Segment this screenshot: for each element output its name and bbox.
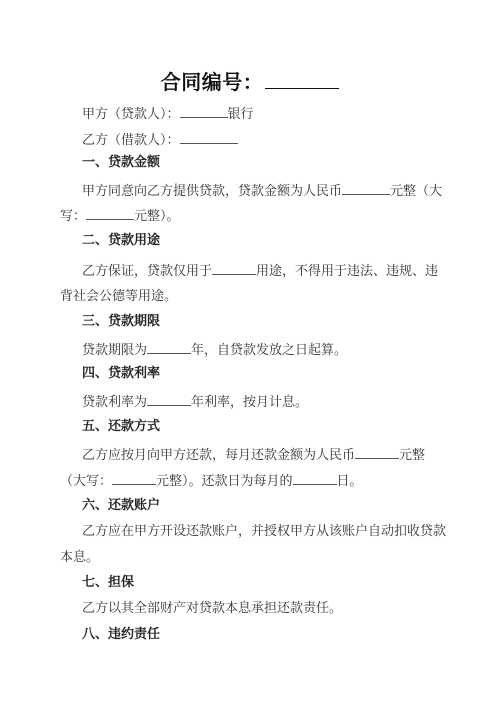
lender-suffix: 银行: [228, 107, 254, 122]
rate-blank: [147, 392, 191, 406]
section-1-text: 元整（大: [390, 184, 442, 199]
contract-number-blank: [265, 70, 339, 89]
amount-blank: [342, 181, 390, 195]
lender-label: 甲方（贷款人）：: [82, 107, 180, 122]
borrower-blank: [180, 130, 238, 144]
amount-uppercase-blank: [86, 206, 134, 220]
section-6-line-1: 乙方应在甲方开设还款账户，并授权甲方从该账户自动扣收贷款: [82, 523, 424, 541]
section-2-text: 乙方保证，贷款仅用于: [82, 264, 212, 279]
section-3-line-1: 贷款期限为年，自贷款发放之日起算。: [82, 340, 347, 360]
section-7-line-1: 乙方以其全部财产对贷款本息承担还款责任。: [82, 600, 342, 618]
section-heading-8: 八、违约责任: [82, 626, 160, 644]
section-5-line-2: （大写：元整）。还款日为每月的日。: [60, 471, 363, 491]
purpose-blank: [212, 261, 256, 275]
section-2-line-1: 乙方保证，贷款仅用于用途，不得用于违法、违规、违: [82, 261, 424, 281]
lender-line: 甲方（贷款人）：银行: [82, 104, 254, 124]
section-3-text: 贷款期限为: [82, 343, 147, 358]
term-blank: [147, 340, 191, 354]
contract-number-label: 合同编号：: [161, 70, 264, 94]
section-heading-5: 五、还款方式: [82, 418, 160, 436]
section-4-text: 年利率，按月计息。: [191, 395, 308, 410]
section-2-line-2: 背社会公德等用途。: [60, 288, 177, 306]
section-1-text: 甲方同意向乙方提供贷款，贷款金额为人民币: [82, 184, 342, 199]
section-1-line-1: 甲方同意向乙方提供贷款，贷款金额为人民币元整（大: [82, 181, 424, 201]
contract-title: 合同编号：: [0, 70, 500, 94]
monthly-amount-uppercase-blank: [112, 471, 156, 485]
monthly-amount-blank: [355, 445, 399, 459]
section-5-line-1: 乙方应按月向甲方还款，每月还款金额为人民币元整: [82, 445, 424, 465]
section-4-text: 贷款利率为: [82, 395, 147, 410]
section-3-text: 年，自贷款发放之日起算。: [191, 343, 347, 358]
section-1-text: 元整）。: [134, 209, 180, 224]
section-5-text: 日。: [337, 474, 363, 489]
contract-page: 合同编号： 甲方（贷款人）：银行 乙方（借款人）： 一、贷款金额 甲方同意向乙方…: [0, 0, 500, 707]
section-5-text: 乙方应按月向甲方还款，每月还款金额为人民币: [82, 448, 355, 463]
section-1-line-2: 写：元整）。: [60, 206, 180, 226]
section-heading-4: 四、贷款利率: [82, 365, 160, 383]
section-heading-6: 六、还款账户: [82, 497, 160, 515]
section-4-line-1: 贷款利率为年利率，按月计息。: [82, 392, 308, 412]
section-heading-3: 三、贷款期限: [82, 313, 160, 331]
borrower-line: 乙方（借款人）：: [82, 130, 238, 150]
repayment-day-blank: [293, 471, 337, 485]
borrower-label: 乙方（借款人）：: [82, 133, 180, 148]
section-6-line-2: 本息。: [60, 549, 99, 567]
section-heading-7: 七、担保: [82, 574, 134, 592]
section-heading-2: 二、贷款用途: [82, 232, 160, 250]
section-5-text: 元整: [399, 448, 425, 463]
section-5-text: （大写：: [60, 474, 112, 489]
section-1-text: 写：: [60, 209, 86, 224]
section-2-text: 用途，不得用于违法、违规、违: [256, 264, 438, 279]
lender-blank: [180, 104, 228, 118]
section-5-text: 元整）。还款日为每月的: [156, 474, 293, 489]
section-heading-1: 一、贷款金额: [82, 154, 160, 172]
